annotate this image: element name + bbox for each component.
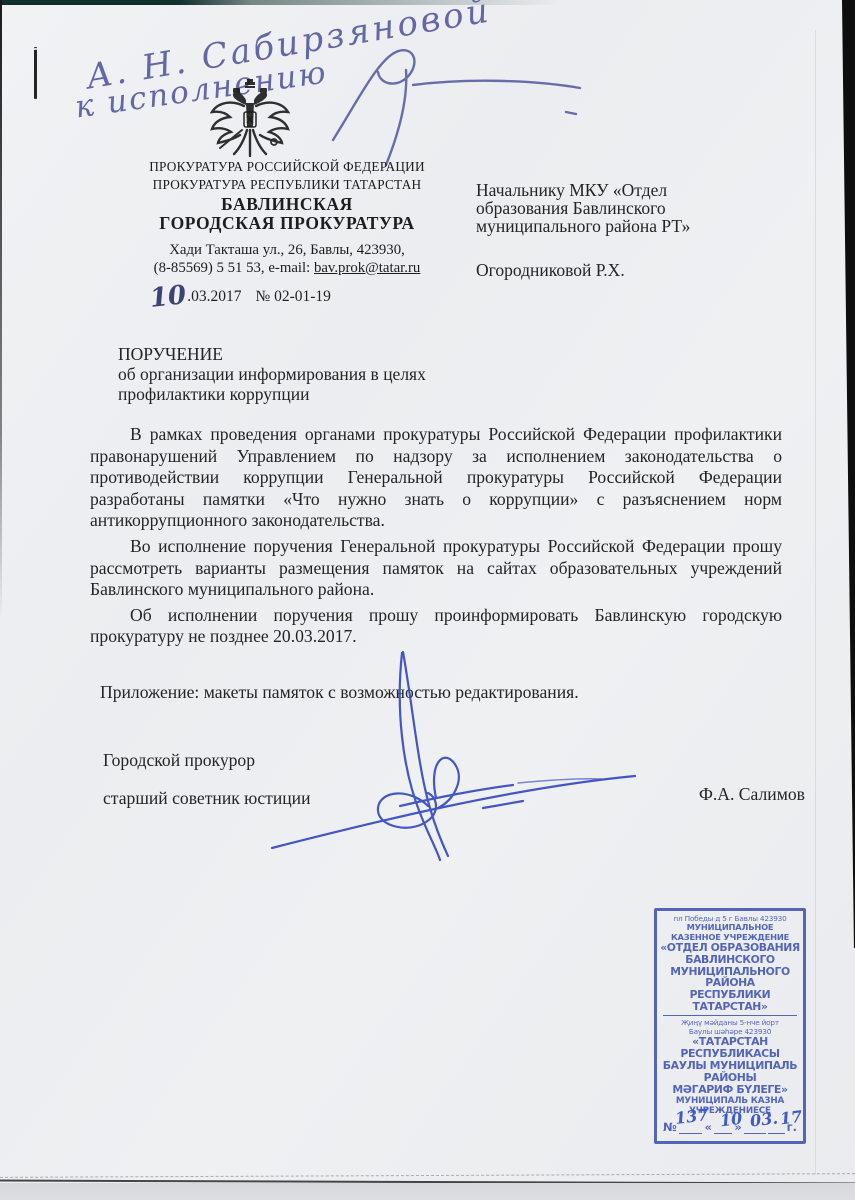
printed-date: .03.2017 (187, 288, 241, 305)
stamp-org-tt-1: «ТАТАРСТАН (659, 1036, 801, 1048)
document-title: ПОРУЧЕНИЕ об организации информирования … (118, 344, 426, 404)
stamp-org-tt-2: РЕСПУБЛИКАСЫ (659, 1048, 801, 1060)
body-text: В рамках проведения органами прокуратуры… (90, 424, 782, 648)
prosecutor-signature (250, 638, 650, 883)
title-line1: ПОРУЧЕНИЕ (118, 344, 426, 364)
date-number-row: 10.03.2017№ 02-01-19 (150, 282, 331, 312)
recipient-name: Огородниковой Р.Х. (476, 261, 786, 279)
stamp-org-tt-5: МӘГАРИФ БҮЛЕГЕ» (659, 1084, 801, 1096)
letterhead-address-line2: (8-85569) 5 51 53, e-mail: bav.prok@tata… (92, 260, 482, 278)
reference-number: № 02-01-19 (255, 288, 331, 305)
recipient-line3: муниципального района РТ» (476, 217, 786, 235)
signer-position-line1: Городской прокурор (103, 750, 255, 771)
body-paragraph-1: В рамках проведения органами прокуратуры… (90, 424, 782, 532)
scanned-letter-page: А. Н. Сабирзяновой к исполнению (0, 0, 855, 1200)
stamp-handwritten-number: 137 (674, 1105, 709, 1128)
recipient-line1: Начальнику МКУ «Отдел (476, 181, 786, 199)
letterhead-republic-line: ПРОКУРАТУРА РЕСПУБЛИКИ ТАТАРСТАН (92, 176, 482, 194)
paper-fold-line (815, 30, 816, 1175)
scan-edge-left-strip (0, 0, 2, 620)
recipient-block: Начальнику МКУ «Отдел образования Бавлин… (476, 181, 786, 279)
stamp-org-ru-2: БАВЛИНСКОГО (659, 954, 801, 966)
letterhead: ПРОКУРАТУРА РОССИЙСКОЙ ФЕДЕРАЦИИ ПРОКУРА… (92, 158, 482, 277)
stamp-divider (663, 1015, 797, 1016)
stamp-address-tt-1: Җиңү мәйданы 5-нче йорт (659, 1018, 801, 1027)
letterhead-phone: (8-85569) 5 51 53, e-mail: (154, 260, 314, 276)
stamp-number-row: № « » г. 137 10 03. 17 (663, 1120, 797, 1134)
body-paragraph-2: Во исполнение поручения Генеральной прок… (90, 536, 782, 601)
title-line2: об организации информирования в целях (118, 364, 426, 384)
stamp-org-tt-4: РАЙОНЫ (659, 1072, 801, 1084)
handwritten-day: 10 (149, 280, 188, 314)
letterhead-org-name-line1: БАВЛИНСКАЯ (92, 195, 482, 214)
letterhead-federation-line: ПРОКУРАТУРА РОССИЙСКОЙ ФЕДЕРАЦИИ (92, 158, 482, 176)
recipient-line2: образования Бавлинского (476, 199, 786, 217)
stamp-org-tt-3: БАУЛЫ МУНИЦИПАЛЬ (659, 1060, 801, 1072)
pen-mark-artifact (34, 47, 37, 99)
stamp-org-ru-6: ТАТАРСТАН» (659, 1001, 801, 1013)
title-line3: профилактики коррупции (118, 384, 426, 404)
scan-edge-right-wedge (842, 0, 855, 948)
scan-edge-bottom-dashed (0, 1173, 855, 1178)
letterhead-org-name-line2: ГОРОДСКАЯ ПРОКУРАТУРА (92, 214, 482, 233)
stamp-handwritten-day: 10 (719, 1109, 743, 1131)
org-stamp: пл Победы д 5 г Бавлы 423930 МУНИЦИПАЛЬН… (654, 908, 806, 1144)
scanner-bed-area (0, 1183, 855, 1200)
email-link: bav.prok@tatar.ru (314, 260, 420, 276)
coat-of-arms-icon (206, 78, 294, 162)
handwritten-resolution-signature (318, 40, 598, 175)
stamp-handwritten-year: 17 (779, 1107, 803, 1129)
signer-name: Ф.А. Салимов (699, 784, 805, 805)
stamp-handwritten-month: 03. (749, 1108, 779, 1130)
letterhead-address-line1: Хади Такташа ул., 26, Бавлы, 423930, (92, 242, 482, 260)
stamp-org-type-tt-1: МУНИЦИПАЛЬ КАЗНА (659, 1096, 801, 1106)
